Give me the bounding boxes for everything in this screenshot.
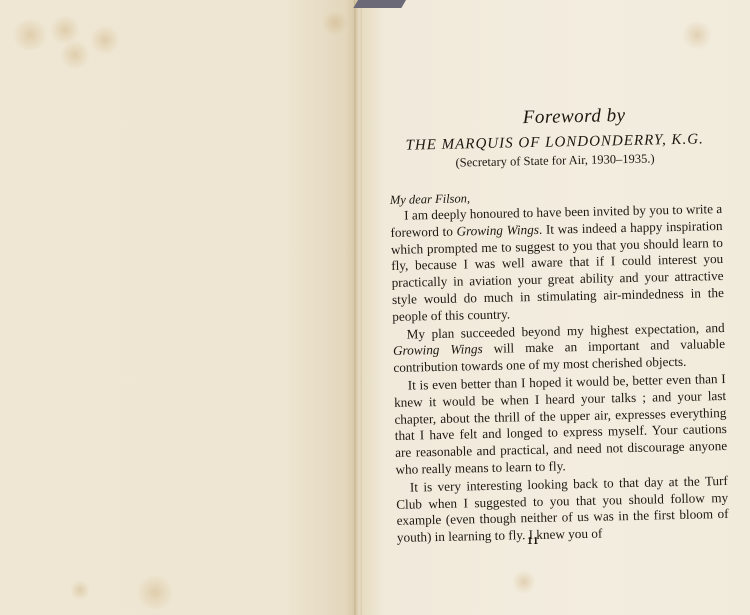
paragraph: It is very interesting looking back to t…: [396, 473, 729, 547]
background-edge: [353, 0, 406, 8]
foreword-text: Foreword by THE MARQUIS OF LONDONDERRY, …: [388, 103, 729, 548]
foxing-stain: [60, 40, 90, 70]
foxing-stain: [90, 25, 120, 55]
text-run: It is very interesting looking back to t…: [396, 473, 729, 545]
foxing-stain: [322, 10, 348, 36]
left-blank-page: [0, 0, 356, 615]
foxing-stain: [10, 20, 50, 50]
foxing-stain: [512, 570, 536, 594]
paragraph: It is even better than I hoped it would …: [394, 371, 728, 479]
book-spread: Foreword by THE MARQUIS OF LONDONDERRY, …: [0, 0, 750, 615]
foreword-heading: Foreword by: [428, 103, 720, 131]
foxing-stain: [682, 20, 712, 50]
book-title-italic: Growing Wings: [393, 341, 483, 358]
page-number: 11: [527, 535, 539, 547]
foxing-stain: [135, 575, 175, 610]
foxing-stain: [70, 580, 90, 600]
book-title-italic: Growing Wings: [456, 222, 539, 239]
text-run: It is even better than I hoped it would …: [394, 371, 727, 477]
paragraph: I am deeply honoured to have been invite…: [390, 201, 724, 326]
paragraph: My plan succeeded beyond my highest expe…: [393, 320, 726, 377]
